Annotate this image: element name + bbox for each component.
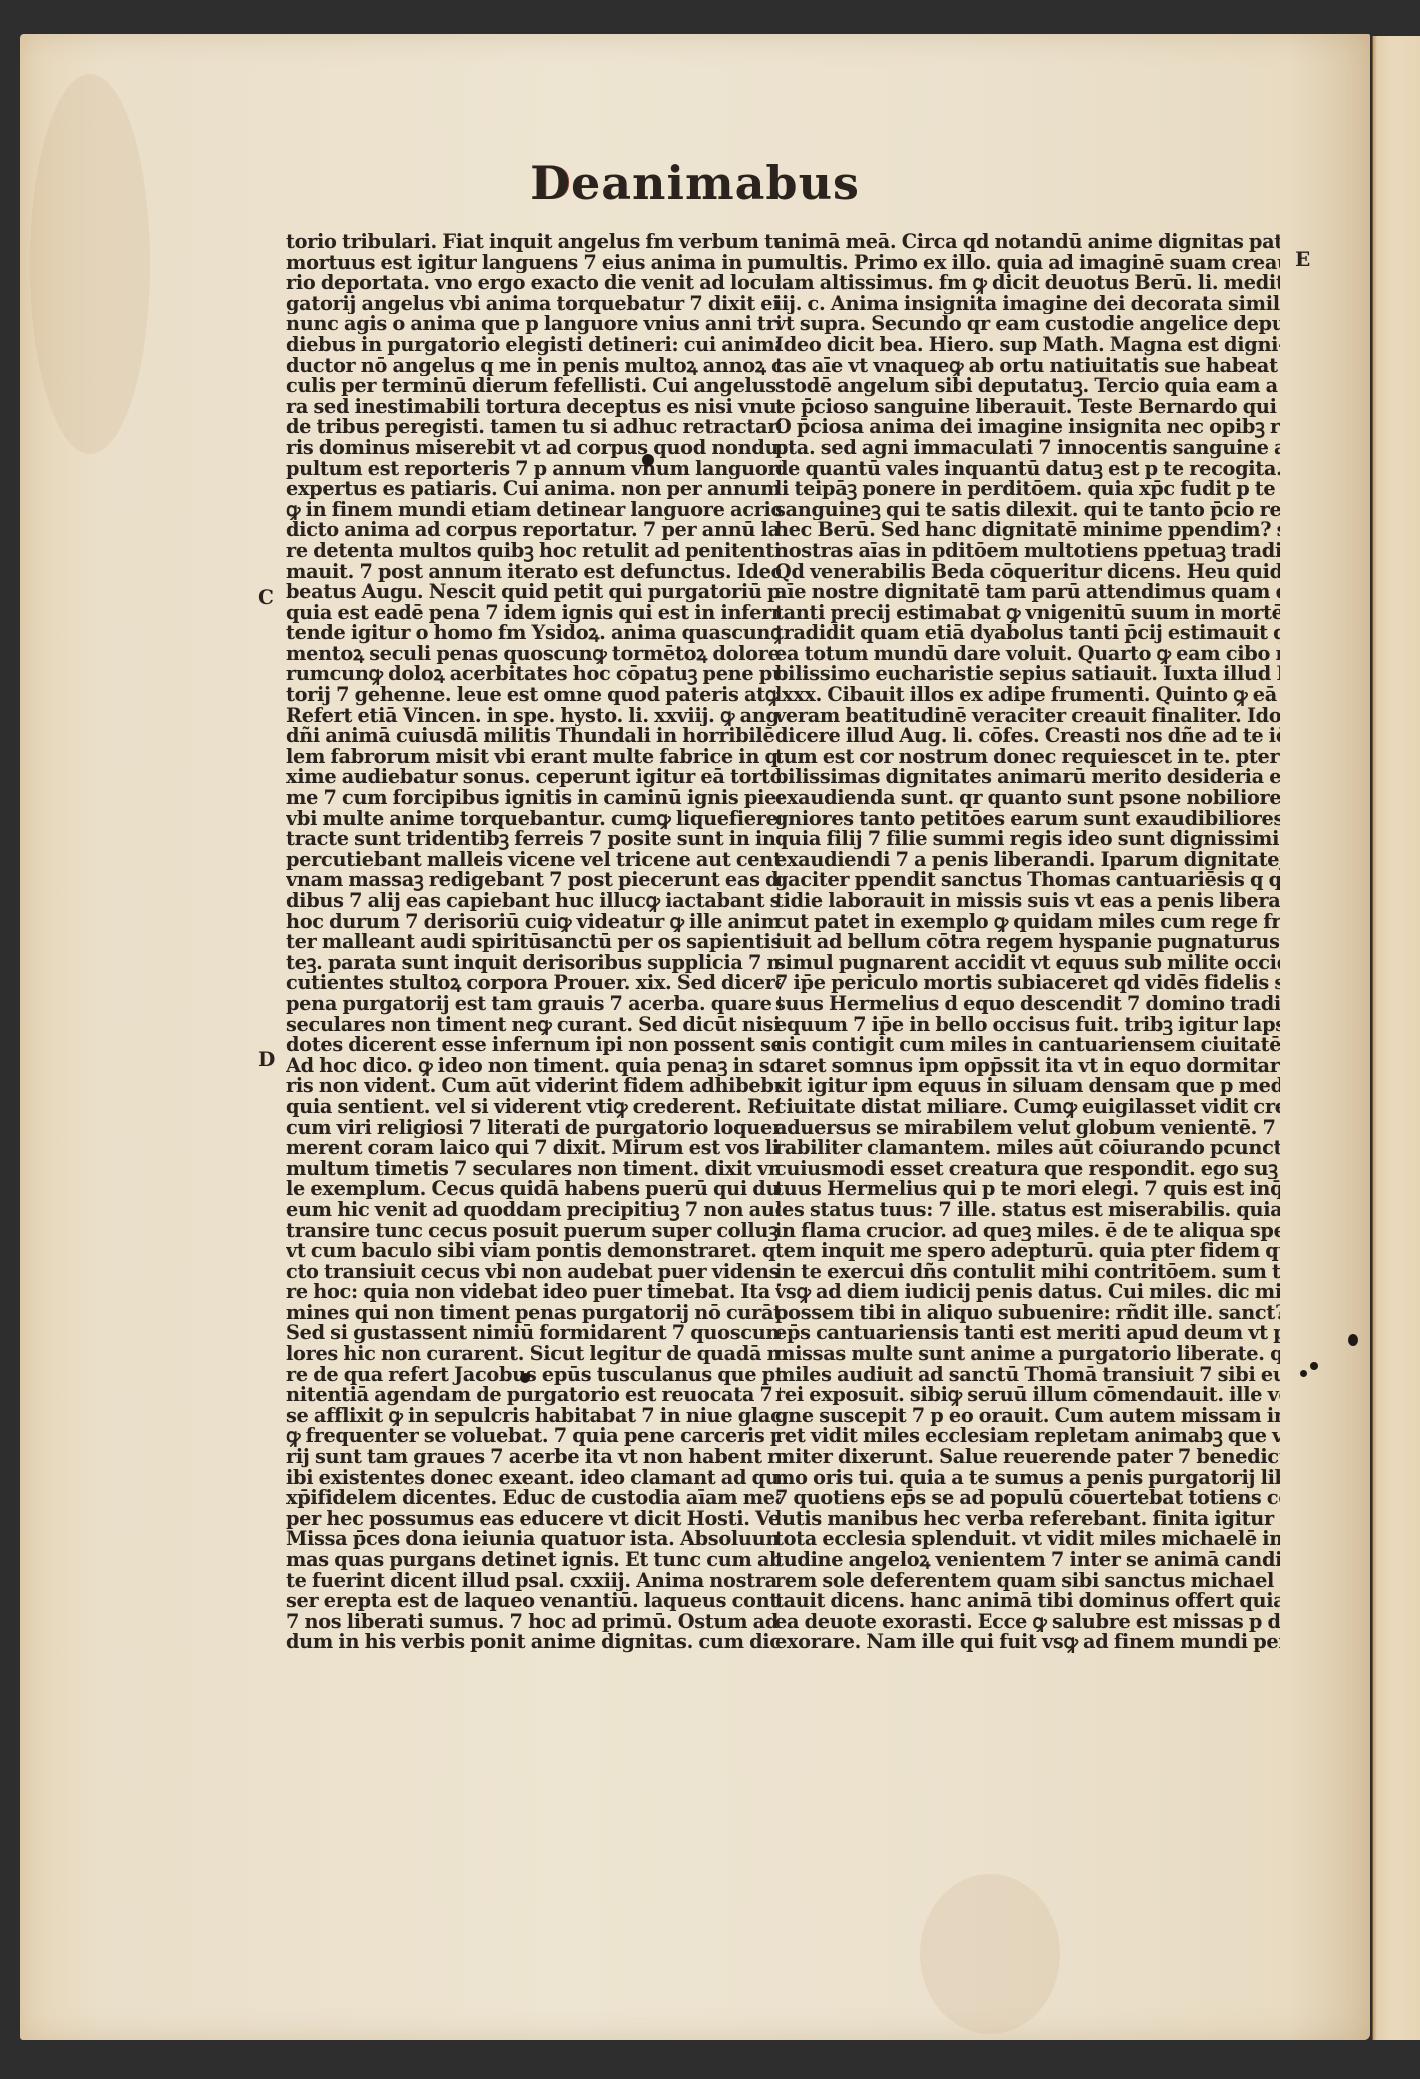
text-line: 7 quotiens ep̄s se ad populū cōuertebat … xyxy=(775,1488,1280,1509)
text-line: ris non vident. Cum aūt viderint fidem a… xyxy=(286,1076,781,1097)
text-line: ductor nō angelus q me in penis multoꝝ a… xyxy=(286,356,781,377)
text-line: gniores tanto petitōes earum sunt exaudi… xyxy=(775,809,1280,830)
running-head-initial: D xyxy=(530,156,571,210)
text-line: seculares non timent neꝙ curant. Sed dic… xyxy=(286,1015,781,1036)
text-line: dñi animā cuiusdā militis Thundali in ho… xyxy=(286,726,781,747)
text-line: sanguineꝫ qui te satis dilexit. qui te t… xyxy=(775,500,1280,521)
text-line: ꝙ in finem mundi etiam detinear languore… xyxy=(286,500,781,521)
text-line: Sed si gustassent nimiū formidarent 7 qu… xyxy=(286,1323,781,1344)
text-line: multum timetis 7 seculares non timent. d… xyxy=(286,1159,781,1180)
paper-stain xyxy=(30,74,150,454)
text-line: merent coram laico qui 7 dixit. Mirum es… xyxy=(286,1138,781,1159)
text-line: ris dominus miserebit vt ad corpus quod … xyxy=(286,438,781,459)
text-line: bilissimo eucharistie sepius satiauit. I… xyxy=(775,664,1280,685)
text-line: nostras aīas in pditōem multotiens ppetu… xyxy=(775,541,1280,562)
text-line: culis per terminū dierum fefellisti. Cui… xyxy=(286,376,781,397)
text-line: cum viri religiosi 7 literati de purgato… xyxy=(286,1118,781,1139)
ink-blot xyxy=(1300,1370,1307,1377)
text-line: miter dixerunt. Salue reuerende pater 7 … xyxy=(775,1447,1280,1468)
text-line: O p̄ciosa anima dei imagine insignita ne… xyxy=(775,417,1280,438)
text-line: lores hic non curarent. Sicut legitur de… xyxy=(286,1344,781,1365)
text-line: gne suscepit 7 p eo orauit. Cum autem mi… xyxy=(775,1406,1280,1427)
text-line: cut patet in exemplo ꝙ quidam miles cum … xyxy=(775,912,1280,933)
text-line: diebus in purgatorio elegisti detineri: … xyxy=(286,335,781,356)
running-head: Deanimabus xyxy=(20,156,1370,210)
text-line: de tribus peregisti. tamen tu si adhuc r… xyxy=(286,417,781,438)
text-line: te fuerint dicent illud psal. cxxiij. An… xyxy=(286,1571,781,1592)
text-line: pta. sed agni immaculati 7 innocentis sa… xyxy=(775,438,1280,459)
text-line: 7 ip̄e periculo mortis subiaceret qd̄ vi… xyxy=(775,973,1280,994)
text-line: eum hic venit ad quoddam precipitiuꝫ 7 n… xyxy=(286,1200,781,1221)
text-line: te p̄cioso sanguine liberauit. Teste Ber… xyxy=(775,397,1280,418)
text-line: ter malleant audi spiritūsanctū per os s… xyxy=(286,932,781,953)
text-line: lem fabrorum misit vbi erant multe fabri… xyxy=(286,747,781,768)
text-line: percutiebant malleis vicene vel tricene … xyxy=(286,850,781,871)
text-line: veram beatitudinē veraciter creauit fina… xyxy=(775,706,1280,727)
text-line: le exemplum. Cecus quidā habens puerū qu… xyxy=(286,1179,781,1200)
text-line: exorare. Nam ille qui fuit vsꝙ ad finem … xyxy=(775,1632,1280,1653)
text-line: tuus Hermelius qui p te mori elegi. 7 qu… xyxy=(775,1179,1280,1200)
text-line: exaudiendi 7 a penis liberandi. Iparum d… xyxy=(775,850,1280,871)
text-line: mo oris tui. quia a te sumus a penis pur… xyxy=(775,1468,1280,1489)
text-line: hoc durum 7 derisoriū cuiꝙ videatur ꝙ il… xyxy=(286,912,781,933)
text-line: mortuus est igitur languens 7 eius anima… xyxy=(286,253,781,274)
text-line: lxxx. Cibauit illos ex adipe frumenti. Q… xyxy=(775,685,1280,706)
text-line: dibus 7 alij eas capiebant huc illucꝙ ia… xyxy=(286,891,781,912)
text-line: ep̄s cantuariensis tanti est meriti apud… xyxy=(775,1323,1280,1344)
left-text-column: torio tribulari. Fiat inquit angelus fm … xyxy=(286,232,781,1653)
text-line: quia filij 7 filie summi regis ideo sunt… xyxy=(775,829,1280,850)
text-line: rumcunꝙ doloꝝ acerbitates hoc cōpatuꝫ pe… xyxy=(286,664,781,685)
right-text-column: animā meā. Circa qd̄ notandū anime digni… xyxy=(775,232,1280,1653)
text-line: taret somnus ipm opp̄ssit ita vt in equo… xyxy=(775,1056,1280,1077)
text-line: rij sunt tam graues 7 acerbe ita vt non … xyxy=(286,1447,781,1468)
text-line: vsꝙ ad diem iudicij penis datus. Cui mil… xyxy=(775,1282,1280,1303)
text-line: equum 7 ip̄e in bello occisus fuit. trib… xyxy=(775,1015,1280,1036)
marginal-letter-e: E xyxy=(1295,247,1310,271)
text-line: li teipāꝫ ponere in perditōem. quia xp̄c… xyxy=(775,479,1280,500)
text-line: gatorij angelus vbi anima torquebatur 7 … xyxy=(286,294,781,315)
text-line: iij. c. Anima insignita imagine dei deco… xyxy=(775,294,1280,315)
text-line: xp̄ifidelem dicentes. Educ de custodia a… xyxy=(286,1488,781,1509)
text-line: Missa p̄ces dona ieiunia quatuor ista. A… xyxy=(286,1529,781,1550)
text-line: ꝙ frequenter se voluebat. 7 quia pene ca… xyxy=(286,1426,781,1447)
ink-blot xyxy=(1310,1362,1318,1370)
ink-blot xyxy=(1348,1334,1358,1346)
text-line: torio tribulari. Fiat inquit angelus fm … xyxy=(286,232,781,253)
text-line: me 7 cum forcipibus ignitis in caminū ig… xyxy=(286,788,781,809)
text-line: torij 7 gehenne. leue est omne quod pate… xyxy=(286,685,781,706)
text-line: transire tunc cecus posuit puerum super … xyxy=(286,1221,781,1242)
text-line: dicto anima ad corpus reportatur. 7 per … xyxy=(286,520,781,541)
text-line: cuiusmodi esset creatura que respondit. … xyxy=(775,1159,1280,1180)
text-line: Ad hoc dico. ꝙ ideo non timent. quia pen… xyxy=(286,1056,781,1077)
text-line: ciuitate distat miliare. Cumꝙ euigilasse… xyxy=(775,1097,1280,1118)
text-line: mines qui non timent penas purgatorij nō… xyxy=(286,1303,781,1324)
paper-stain xyxy=(920,1874,1060,2034)
text-line: mauit. 7 post annum iterato est defunctu… xyxy=(286,562,781,583)
text-line: missas multe sunt anime a purgatorio lib… xyxy=(775,1344,1280,1365)
text-line: exaudienda sunt. qr quanto sunt psone no… xyxy=(775,788,1280,809)
text-line: in flama crucior. ad queꝫ miles. ē de te… xyxy=(775,1221,1280,1242)
text-line: rabiliter clamantem. miles aūt cōiurando… xyxy=(775,1138,1280,1159)
text-line: re de qua refert Jacobus epūs tusculanus… xyxy=(286,1365,781,1386)
text-line: per hec possumus eas educere vt dicit Ho… xyxy=(286,1509,781,1530)
adjacent-page-edge xyxy=(1372,36,1420,2040)
text-line: ra sed inestimabili tortura deceptus es … xyxy=(286,397,781,418)
folio-page: Deanimabus torio tribulari. Fiat inquit … xyxy=(20,34,1370,2040)
text-line: vt supra. Secundo qr eam custodie angeli… xyxy=(775,314,1280,335)
text-line: vbi multe anime torquebantur. cumꝙ lique… xyxy=(286,809,781,830)
text-line: tem inquit me spero adepturū. quia pter … xyxy=(775,1241,1280,1262)
text-line: simul pugnarent accidit vt equus sub mil… xyxy=(775,953,1280,974)
text-line: xit igitur ipm equus in siluam densam qu… xyxy=(775,1076,1280,1097)
text-line: de quantū vales inquantū datuꝫ est p te … xyxy=(775,459,1280,480)
running-head-text: eanimabus xyxy=(571,156,860,210)
text-line: mentoꝝ seculi penas quoscunꝙ tormētoꝝ do… xyxy=(286,644,781,665)
text-line: multis. Primo ex illo. quia ad imaginē s… xyxy=(775,253,1280,274)
text-line: xime audiebatur sonus. ceperunt igitur e… xyxy=(286,767,781,788)
text-line: tota ecclesia splenduit. vt vidit miles … xyxy=(775,1529,1280,1550)
text-line: Ideo dicit bea. Hiero. sup Math. Magna e… xyxy=(775,335,1280,356)
text-line: rio deportata. vno ergo exacto die venit… xyxy=(286,273,781,294)
text-line: ret vidit miles ecclesiam repletam anima… xyxy=(775,1426,1280,1447)
text-line: in te exercui dñs contulit mihi contritō… xyxy=(775,1262,1280,1283)
text-line: tende igitur o homo fm Ysidoꝝ. anima qua… xyxy=(286,623,781,644)
text-line: dicere illud Aug. li. cōfes. Creasti nos… xyxy=(775,726,1280,747)
text-line: pena purgatorij est tam grauis 7 acerba.… xyxy=(286,994,781,1015)
text-line: cutientes stultoꝝ corpora Prouer. xix. S… xyxy=(286,973,781,994)
text-line: vt cum baculo sibi viam pontis demonstra… xyxy=(286,1241,781,1262)
text-line: aduersus se mirabilem velut globum venie… xyxy=(775,1118,1280,1139)
text-line: nunc agis o anima que p languore vnius a… xyxy=(286,314,781,335)
text-line: tanti precij estimabat ꝙ vnigenitū suum … xyxy=(775,603,1280,624)
text-line: se afflixit ꝙ in sepulcris habitabat 7 i… xyxy=(286,1406,781,1427)
text-line: tas aīe vt vnaqueꝙ ab ortu natiuitatis s… xyxy=(775,356,1280,377)
text-line: dum in his verbis ponit anime dignitas. … xyxy=(286,1632,781,1653)
text-line: tum est cor nostrum donec requiescet in … xyxy=(775,747,1280,768)
text-line: lutis manibus hec verba referebant. fini… xyxy=(775,1509,1280,1530)
text-line: expertus es patiaris. Cui anima. non per… xyxy=(286,479,781,500)
text-line: beatus Augu. Nescit quid petit qui purga… xyxy=(286,582,781,603)
text-line: nitentiā agendam de purgatorio est reuoc… xyxy=(286,1385,781,1406)
text-line: hec Berū. Sed hanc dignitatē minime ppen… xyxy=(775,520,1280,541)
text-line: miles audiuit ad sanctū Thomā transiuit … xyxy=(775,1365,1280,1386)
marginal-letter-d: D xyxy=(258,1047,275,1071)
text-line: re detenta multos quibꝫ hoc retulit ad p… xyxy=(286,541,781,562)
text-line: lam altissimus. fm ꝙ dicit deuotus Berū.… xyxy=(775,273,1280,294)
text-line: Qd̄ venerabilis Beda cōqueritur dicens. … xyxy=(775,562,1280,583)
text-line: les status tuus: 7 ille. status est mise… xyxy=(775,1200,1280,1221)
text-line: quia est eadē pena 7 idem ignis qui est … xyxy=(286,603,781,624)
text-line: re hoc: quia non videbat ideo puer timeb… xyxy=(286,1282,781,1303)
text-line: ea totum mundū dare voluit. Quarto ꝙ eam… xyxy=(775,644,1280,665)
text-line: tudine angeloꝝ venientem 7 inter se anim… xyxy=(775,1550,1280,1571)
text-line: dotes dicerent esse infernum ipi non pos… xyxy=(286,1035,781,1056)
text-line: ibi existentes donec exeant. ideo claman… xyxy=(286,1468,781,1489)
text-line: tradidit quam etiā dyabolus tanti p̄cij … xyxy=(775,623,1280,644)
text-line: ser erepta est de laqueo venantiū. laque… xyxy=(286,1591,781,1612)
text-line: ea deuote exorasti. Ecce ꝙ salubre est m… xyxy=(775,1612,1280,1633)
text-line: gaciter ppendit sanctus Thomas cantuariē… xyxy=(775,870,1280,891)
text-line: possem tibi in aliquo subuenire: rñdit i… xyxy=(775,1303,1280,1324)
ink-blot xyxy=(642,454,654,466)
text-line: mas quas purgans detinet ignis. Et tunc … xyxy=(286,1550,781,1571)
marginal-letter-c: C xyxy=(258,585,274,609)
text-line: tracte sunt tridentibꝫ ferreis 7 posite … xyxy=(286,829,781,850)
text-line: tidie laborauit in missis suis vt eas a … xyxy=(775,891,1280,912)
text-line: stodē angelum sibi deputatuꝫ. Tercio qui… xyxy=(775,376,1280,397)
text-line: animā meā. Circa qd̄ notandū anime digni… xyxy=(775,232,1280,253)
text-line: teꝫ. parata sunt inquit derisoribus supp… xyxy=(286,953,781,974)
text-line: vnam massaꝫ redigebant 7 post piecerunt … xyxy=(286,870,781,891)
text-line: nis contigit cum miles in cantuariensem … xyxy=(775,1035,1280,1056)
text-line: suus Hermelius d equo descendit 7 domino… xyxy=(775,994,1280,1015)
ink-blot xyxy=(520,1373,530,1383)
text-line: tauit dicens. hanc animā tibi dominus of… xyxy=(775,1591,1280,1612)
text-line: cto transiuit cecus vbi non audebat puer… xyxy=(286,1262,781,1283)
text-line: rem sole deferentem quam sibi sanctus mi… xyxy=(775,1571,1280,1592)
text-line: iuit ad bellum cōtra regem hyspanie pugn… xyxy=(775,932,1280,953)
text-line: pultum est reporteris 7 p annum vnum lan… xyxy=(286,459,781,480)
text-line: Refert etiā Vincen. in spe. hysto. li. x… xyxy=(286,706,781,727)
text-line: bilissimas dignitates animarū merito des… xyxy=(775,767,1280,788)
text-line: aīe nostre dignitatē tam parū attendimus… xyxy=(775,582,1280,603)
text-line: quia sentient. vel si viderent vtiꝙ cred… xyxy=(286,1097,781,1118)
text-line: 7 nos liberati sumus. 7 hoc ad primū. Os… xyxy=(286,1612,781,1633)
text-line: rei exposuit. sibiꝙ seruū illum cōmendau… xyxy=(775,1385,1280,1406)
